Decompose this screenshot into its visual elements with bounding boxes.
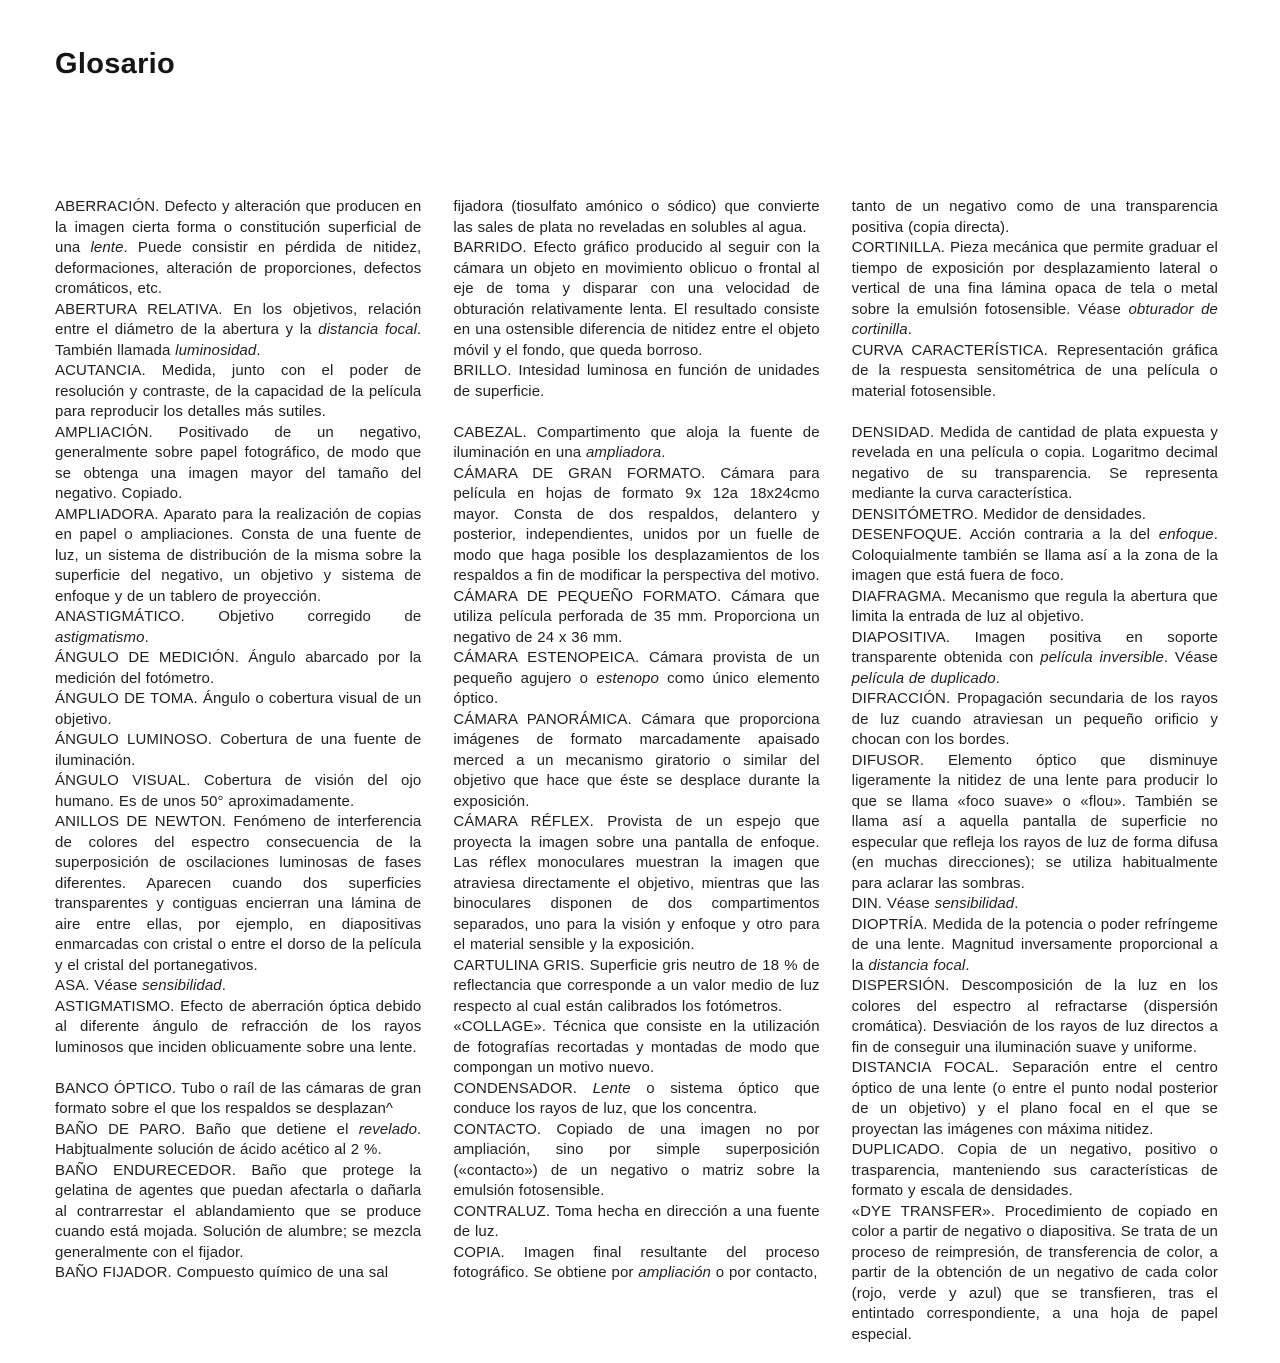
glossary-entry: DIN. Véase sensibilidad. bbox=[852, 894, 1218, 915]
glossary-entry: CURVA CARACTERÍSTICA. Representación grá… bbox=[852, 341, 1218, 403]
glossary-entry: AMPLIACIÓN. Positivado de un negativo, g… bbox=[55, 423, 421, 505]
glossary-entry: ASA. Véase sensibilidad. bbox=[55, 976, 421, 997]
glossary-entry: DUPLICADO. Copia de un negativo, positiv… bbox=[852, 1140, 1218, 1202]
glossary-entry: DIFUSOR. Elemento óptico que disminuye l… bbox=[852, 751, 1218, 895]
glossary-entry: BARRIDO. Efecto gráfico producido al seg… bbox=[453, 238, 819, 361]
glossary-entry: DENSITÓMETRO. Medidor de densidades. bbox=[852, 505, 1218, 526]
glossary-entry: BANCO ÓPTICO. Tubo o raíl de las cámaras… bbox=[55, 1079, 421, 1120]
glossary-entry: ÁNGULO LUMINOSO. Cobertura de una fuente… bbox=[55, 730, 421, 771]
glossary-entry: ABERRACIÓN. Defecto y alteración que pro… bbox=[55, 197, 421, 300]
glossary-entry: BAÑO FIJADOR. Compuesto químico de una s… bbox=[55, 1263, 421, 1284]
glossary-entry: BRILLO. Intesidad luminosa en función de… bbox=[453, 361, 819, 402]
glossary-entry: DIAPOSITIVA. Imagen positiva en soporte … bbox=[852, 628, 1218, 690]
glossary-entry: DENSIDAD. Medida de cantidad de plata ex… bbox=[852, 423, 1218, 505]
glossary-entry: CABEZAL. Compartimento que aloja la fuen… bbox=[453, 423, 819, 464]
glossary-column-3: tanto de un negativo como de una transpa… bbox=[852, 197, 1218, 1345]
glossary-entry: ASTIGMATISMO. Efecto de aberración óptic… bbox=[55, 997, 421, 1059]
glossary-entry: CONDENSADOR. Lente o sistema óptico que … bbox=[453, 1079, 819, 1120]
glossary-entry: ANASTIGMÁTICO. Objetivo corregido de ast… bbox=[55, 607, 421, 648]
glossary-entry: DISPERSIÓN. Descomposición de la luz en … bbox=[852, 976, 1218, 1058]
glossary-entry: CÁMARA PANORÁMICA. Cámara que proporcion… bbox=[453, 710, 819, 813]
glossary-entry: ANILLOS DE NEWTON. Fenómeno de interfere… bbox=[55, 812, 421, 976]
page-title: Glosario bbox=[55, 48, 175, 81]
glossary-entry: BAÑO ENDURECEDOR. Baño que protege la ge… bbox=[55, 1161, 421, 1264]
glossary-columns: ABERRACIÓN. Defecto y alteración que pro… bbox=[55, 197, 1218, 1345]
glossary-entry: CÁMARA DE PEQUEÑO FORMATO. Cámara que ut… bbox=[453, 587, 819, 649]
glossary-entry: CÁMARA RÉFLEX. Provista de un espejo que… bbox=[453, 812, 819, 956]
glossary-entry: CÁMARA ESTENOPEICA. Cámara provista de u… bbox=[453, 648, 819, 710]
glossary-entry: AMPLIADORA. Aparato para la realización … bbox=[55, 505, 421, 608]
glossary-entry: CARTULINA GRIS. Superficie gris neutro d… bbox=[453, 956, 819, 1018]
glossary-entry: CÁMARA DE GRAN FORMATO. Cámara para pelí… bbox=[453, 464, 819, 587]
glossary-entry: tanto de un negativo como de una transpa… bbox=[852, 197, 1218, 238]
glossary-entry: ÁNGULO DE MEDICIÓN. Ángulo abarcado por … bbox=[55, 648, 421, 689]
glossary-entry: ACUTANCIA. Medida, junto con el poder de… bbox=[55, 361, 421, 423]
glossary-entry: DIAFRAGMA. Mecanismo que regula la abert… bbox=[852, 587, 1218, 628]
glossary-entry: DISTANCIA FOCAL. Separación entre el cen… bbox=[852, 1058, 1218, 1140]
glossary-entry: COPIA. Imagen final resultante del proce… bbox=[453, 1243, 819, 1284]
glossary-entry: ÁNGULO VISUAL. Cobertura de visión del o… bbox=[55, 771, 421, 812]
glossary-entry: ABERTURA RELATIVA. En los objetivos, rel… bbox=[55, 300, 421, 362]
glossary-column-2: fijadora (tiosulfato amónico o sódico) q… bbox=[453, 197, 819, 1345]
glossary-entry: «DYE TRANSFER». Procedimiento de copiado… bbox=[852, 1202, 1218, 1346]
document-page: { "page": { "title": "Glosario" }, "colo… bbox=[0, 0, 1280, 1363]
glossary-entry: DIFRACCIÓN. Propagación secundaria de lo… bbox=[852, 689, 1218, 751]
glossary-entry: CONTACTO. Copiado de una imagen no por a… bbox=[453, 1120, 819, 1202]
glossary-entry: DESENFOQUE. Acción contraria a la del en… bbox=[852, 525, 1218, 587]
glossary-entry: BAÑO DE PARO. Baño que detiene el revela… bbox=[55, 1120, 421, 1161]
glossary-entry: CORTINILLA. Pieza mecánica que permite g… bbox=[852, 238, 1218, 341]
glossary-entry: ÁNGULO DE TOMA. Ángulo o cobertura visua… bbox=[55, 689, 421, 730]
glossary-entry: CONTRALUZ. Toma hecha en dirección a una… bbox=[453, 1202, 819, 1243]
glossary-column-1: ABERRACIÓN. Defecto y alteración que pro… bbox=[55, 197, 421, 1345]
glossary-entry: fijadora (tiosulfato amónico o sódico) q… bbox=[453, 197, 819, 238]
glossary-entry: «COLLAGE». Técnica que consiste en la ut… bbox=[453, 1017, 819, 1079]
glossary-entry: DIOPTRÍA. Medida de la potencia o poder … bbox=[852, 915, 1218, 977]
